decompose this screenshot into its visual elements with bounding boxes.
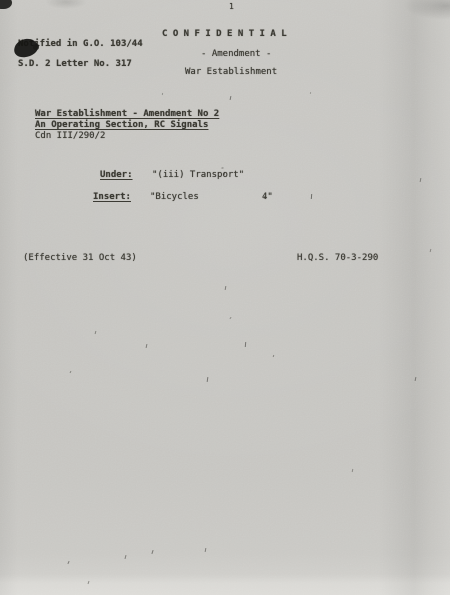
scan-grain-texture	[0, 0, 450, 595]
scan-speck	[221, 167, 223, 168]
scan-speck	[95, 331, 97, 334]
amendment-subheading: - Amendment -	[201, 49, 271, 59]
scan-speck	[207, 377, 209, 382]
war-establishment-subheading: War Establishment	[185, 67, 277, 77]
hqs-file-reference: H.Q.S. 70-3-290	[297, 253, 378, 263]
scanned-document-page: 1 Notified in G.O. 103/44 S.D. 2 Letter …	[0, 0, 450, 595]
scan-speck	[205, 548, 207, 552]
scan-speck	[420, 178, 422, 182]
ink-blot-small	[33, 44, 39, 50]
scan-artifact-top-left-corner	[0, 0, 12, 9]
sd-letter-line: S.D. 2 Letter No. 317	[18, 59, 132, 69]
scan-speck	[273, 355, 275, 357]
classification-heading: C O N F I D E N T I A L	[162, 29, 287, 39]
scan-speck	[311, 194, 312, 199]
scan-speck	[352, 469, 354, 472]
insert-label: Insert:	[93, 192, 131, 202]
scan-speck	[245, 342, 246, 347]
scan-speck	[229, 317, 231, 319]
scan-speck	[70, 371, 72, 373]
scan-speck	[146, 344, 148, 348]
scan-speck	[415, 377, 417, 381]
scan-speck	[225, 286, 227, 290]
insert-item: "Bicycles	[150, 192, 199, 202]
title-line-3: Cdn III/290/2	[35, 131, 105, 141]
scan-speck	[162, 93, 163, 95]
title-line-1: War Establishment - Amendment No 2	[35, 109, 219, 119]
scan-speck	[88, 581, 90, 584]
effective-date: (Effective 31 Oct 43)	[23, 253, 137, 263]
scan-speck	[124, 555, 126, 559]
scan-speck	[310, 92, 311, 94]
scan-speck	[430, 249, 432, 252]
scan-speck	[67, 561, 69, 564]
under-label: Under:	[100, 170, 133, 180]
under-value: "(iii) Transport"	[152, 170, 244, 180]
page-number-mark: 1	[229, 2, 234, 12]
title-line-2: An Operating Section, RC Signals	[35, 120, 208, 130]
scan-speck	[230, 96, 232, 100]
scan-speck	[151, 550, 153, 554]
